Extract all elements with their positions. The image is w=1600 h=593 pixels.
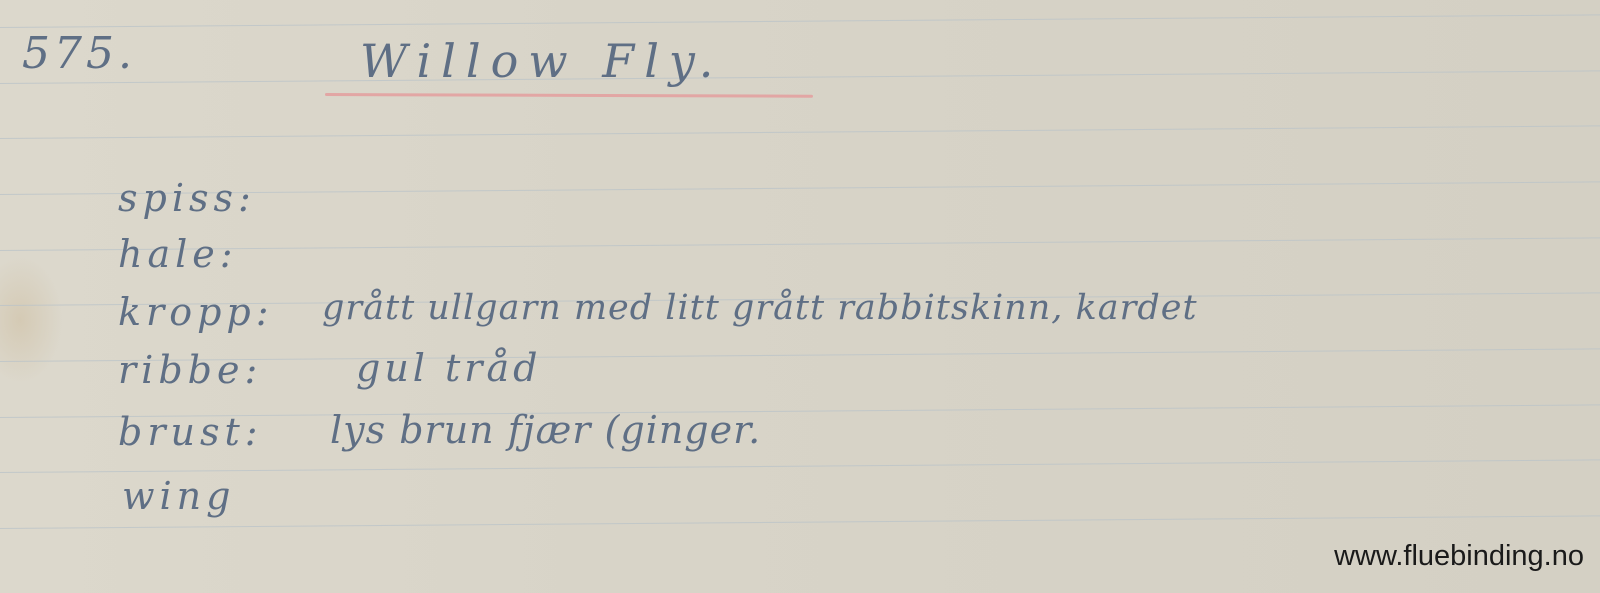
field-label-brust: brust: — [118, 410, 263, 454]
notebook-page: 575. Willow Fly. spiss: hale: kropp: grå… — [0, 0, 1600, 593]
watermark-link[interactable]: www.fluebinding.no — [1334, 540, 1584, 573]
ruled-line — [0, 459, 1600, 473]
field-label-spiss: spiss: — [118, 176, 256, 220]
field-value-kropp: grått ullgarn med litt grått rabbitskinn… — [322, 288, 1198, 328]
ruled-line — [0, 70, 1600, 84]
entry-number: 575. — [22, 28, 136, 79]
page-title: Willow Fly. — [360, 34, 723, 88]
field-label-wing: wing — [122, 474, 235, 518]
field-value-brust: lys brun fjær (ginger. — [330, 408, 761, 452]
field-value-ribbe: gul tråd — [356, 346, 541, 390]
field-label-ribbe: ribbe: — [118, 348, 262, 392]
field-label-kropp: kropp: — [118, 290, 274, 334]
field-label-hale: hale: — [118, 232, 238, 276]
ruled-line — [0, 237, 1600, 251]
title-underline — [325, 93, 813, 98]
ruled-line — [0, 14, 1600, 28]
ruled-line — [0, 515, 1600, 529]
ruled-line — [0, 125, 1600, 139]
